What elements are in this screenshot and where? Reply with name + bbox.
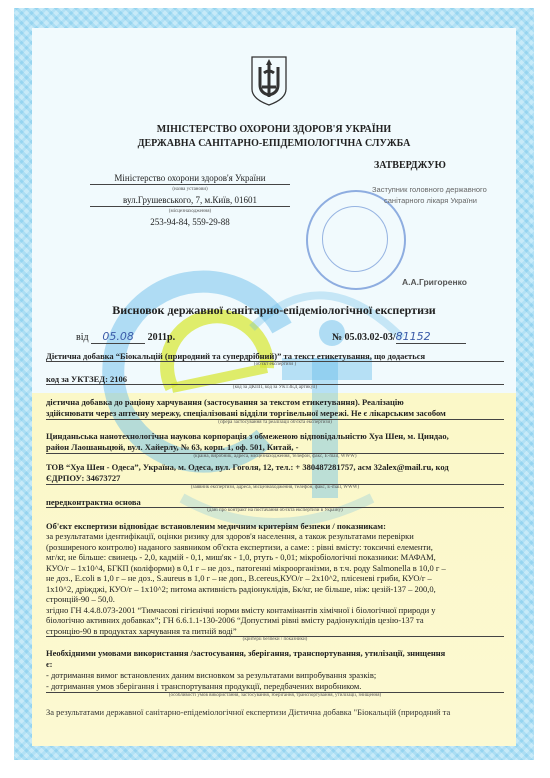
approver-position-line2: санітарного лікаря України [372,195,487,206]
manufacturer-line-2: район Лаошаньцюй, вул. Хайерлу, № 63, ко… [46,442,504,454]
manufacturer-line-1: Цинданьська нанотехнологічна наукова кор… [46,431,504,442]
document-number: № 05.03.02-03/81152 [332,330,466,344]
manufacturer-caption: (країна, виробник, адреса, місцезнаходже… [46,454,504,459]
scope-line-1: дієтична добавка до раціону харчування (… [46,397,504,408]
institution-name: Міністерство охорони здоров'я України [90,173,290,185]
criteria-line: згідно ГН 4.4.8.073-2001 “Тимчасові гігі… [46,605,504,616]
conditions-caption: (особливості умов використання, застосув… [46,693,504,698]
criteria-line: не доз., E.coli в 1,0 г – не доз., S.aur… [46,573,504,584]
contract-caption: (дані про контракт на постачання об'єкта… [46,508,504,513]
approver-position-line1: Заступник головного державного [372,184,487,195]
application-scope: дієтична добавка до раціону харчування (… [46,397,504,420]
certificate-page: МІНІСТЕРСТВО ОХОРОНИ ЗДОРОВ'Я УКРАЇНИ ДЕ… [32,28,516,746]
criteria-heading: Об'єкт експертизи відповідає встановлени… [46,521,504,531]
criteria-text: за результатами ідентифікації, оцінки ри… [46,531,504,636]
institution-name-caption: (назва установи) [90,187,290,192]
institution-address-caption: (місцезнаходження) [90,209,290,214]
condition-item: - дотримання умов зберігання і транспорт… [46,681,504,692]
scope-caption: (сфера застосування та реалізації об'єкт… [46,420,504,425]
expertise-object-caption: (об'єкт експертизи ) [46,362,504,367]
criteria-line: 1x10^2, дріжджі, КУО/г – 1x10^2; питома … [46,584,504,595]
date-prefix: від [76,332,89,343]
date-handwritten: 05.08 [91,330,145,344]
trident-coat-of-arms-icon [250,55,288,107]
document-date: від 05.08 2011р. [76,330,175,344]
criteria-line: біологічно активних добавках”; ГН 6.6.1.… [46,615,504,626]
date-year: 2011р. [148,332,176,343]
conclusion-text: За результатами державної санітарно-епід… [46,707,504,717]
institution-phones: 253-94-84, 559-29-88 [90,217,290,227]
criteria-line: за результатами ідентифікації, оцінки ри… [46,531,504,542]
criteria-caption: (критерії безпеки / показники) [46,637,504,642]
criteria-line: стронцію-90 в продуктах харчування та пи… [46,626,504,637]
expertise-object: Дієтична добавка “Біокальцій (природний … [46,351,504,362]
criteria-line: КУО/г – 1x10^4, БГКП (коліформи) в 0,1 г… [46,563,504,574]
product-code-caption: (код за ДКПП, код за УКТЗЕД артикул) [46,385,504,390]
applicant-caption: (заявник експертизи, адреса, місцезнаход… [46,485,504,490]
applicant-line-1: ТОВ “Хуа Шен - Одеса”, Україна, м. Одеса… [46,462,504,473]
manufacturer: Цинданьська нанотехнологічна наукова кор… [46,431,504,454]
condition-item: - дотримання вимог встановлених даним ви… [46,670,504,681]
criteria-line: мг/кг, не більше: свинець - 2,0, кадмій … [46,552,504,563]
scope-line-2: здійснювати через аптечну мережу, спеціа… [46,408,504,420]
conditions-list: - дотримання вимог встановлених даним ви… [46,670,504,692]
number-prefix: № 05.03.02-03/ [332,332,396,343]
service-name: ДЕРЖАВНА САНІТАРНО-ЕПІДЕМІОЛОГІЧНА СЛУЖБ… [32,137,516,151]
criteria-line: стронцій-90 – 50,0. [46,594,504,605]
document-title: Висновок державної санітарно-епідеміолог… [32,303,516,318]
criteria-line: (розширеного контролю) наданого заявнико… [46,542,504,553]
number-handwritten: 81152 [396,330,466,344]
product-code: код за УКТЗЕД: 2106 [46,374,504,385]
conditions-heading: Необхідними умовами використання /застос… [46,648,504,670]
institution-address: вул.Грушевського, 7, м.Київ, 01601 [90,195,290,207]
approver-name: А.А.Григоренко [402,277,467,287]
ministry-name: МІНІСТЕРСТВО ОХОРОНИ ЗДОРОВ'Я УКРАЇНИ [32,123,516,137]
contract-info: передконтрактна основа [46,497,504,508]
approval-title: ЗАТВЕРДЖУЮ [374,160,446,171]
applicant-line-2: ЄДРПОУ: 34673727 [46,473,504,485]
applicant: ТОВ “Хуа Шен - Одеса”, Україна, м. Одеса… [46,462,504,485]
